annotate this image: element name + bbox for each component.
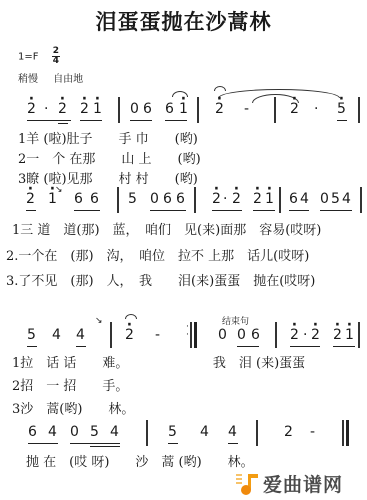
note: 2 bbox=[290, 101, 299, 117]
final-barline bbox=[194, 322, 197, 348]
note: 2 bbox=[26, 191, 35, 207]
note: 4 bbox=[228, 424, 237, 440]
lyric-line: 3沙 蒿(哟) 林。 bbox=[12, 398, 134, 417]
dash: - bbox=[244, 101, 249, 117]
note: 6 bbox=[165, 101, 174, 117]
underline bbox=[70, 443, 120, 444]
note: 2 bbox=[290, 327, 299, 343]
ending-label: 结束句 bbox=[222, 314, 249, 327]
note: 4 bbox=[200, 424, 209, 440]
note: 6 bbox=[74, 191, 83, 207]
note: 2 bbox=[232, 191, 241, 207]
underline bbox=[168, 443, 178, 444]
note: 6 bbox=[143, 101, 152, 117]
note: 5 bbox=[27, 327, 36, 343]
barline bbox=[194, 187, 196, 213]
note: 6 bbox=[289, 191, 298, 207]
note: 2 bbox=[253, 191, 262, 207]
arrow-icon: ↘ bbox=[95, 316, 103, 326]
underline bbox=[320, 210, 352, 211]
underline bbox=[80, 120, 102, 121]
arrow-icon: ↘ bbox=[55, 185, 63, 195]
note: 2 bbox=[311, 327, 320, 343]
tie-arc bbox=[172, 91, 188, 97]
note: 4 bbox=[76, 327, 85, 343]
note: 5 bbox=[128, 191, 137, 207]
note: 4 bbox=[110, 424, 119, 440]
time-bottom: 4 bbox=[53, 56, 59, 66]
lyric-line: 2一 个 在那 山 上 (哟) bbox=[18, 148, 201, 167]
barline bbox=[274, 97, 276, 123]
dash: - bbox=[310, 424, 315, 440]
underline bbox=[253, 210, 275, 211]
lyric-line: 1三 道 道(那) 蓝， 咱们 见(来)面那 容易(哎呀) bbox=[12, 219, 321, 238]
note: 2 bbox=[215, 101, 224, 117]
note: 0 bbox=[130, 101, 139, 117]
dot: · bbox=[44, 101, 48, 117]
key-signature: 1=F 2 4 bbox=[18, 47, 60, 66]
final-barline bbox=[346, 420, 349, 446]
note: 5 bbox=[337, 101, 346, 117]
underline bbox=[228, 443, 238, 444]
music-note-icon bbox=[234, 472, 260, 496]
fermata-icon bbox=[214, 86, 226, 91]
note: 0 bbox=[320, 191, 329, 207]
underline bbox=[237, 346, 259, 347]
barline bbox=[342, 420, 344, 446]
underline bbox=[290, 346, 320, 347]
underline bbox=[289, 210, 309, 211]
barline bbox=[190, 322, 192, 348]
fermata-icon bbox=[125, 314, 137, 319]
lyric-line: 2.一个在 (那) 沟， 咱位 拉不 上那 话儿(哎呀) bbox=[6, 245, 309, 264]
underline bbox=[150, 210, 186, 211]
barline bbox=[118, 97, 120, 123]
note: 2 bbox=[284, 424, 293, 440]
barline bbox=[279, 187, 281, 213]
underline bbox=[212, 210, 242, 211]
barline bbox=[256, 420, 258, 446]
underline bbox=[76, 346, 86, 347]
note: 2 bbox=[80, 101, 89, 117]
underline bbox=[74, 210, 100, 211]
barline bbox=[110, 322, 112, 348]
note: 2 bbox=[125, 327, 134, 343]
underline bbox=[130, 120, 152, 121]
repeat-dots: ·· bbox=[186, 323, 189, 339]
underline bbox=[337, 120, 347, 121]
underline bbox=[26, 210, 36, 211]
barline bbox=[197, 97, 199, 123]
style-label: 自由地 bbox=[53, 74, 83, 85]
lyric-line: 1羊 (啦)肚子 手 巾 (哟) bbox=[18, 128, 198, 147]
underline bbox=[165, 120, 187, 121]
note: 2 bbox=[333, 327, 342, 343]
song-title: 泪蛋蛋抛在沙蒿林 bbox=[0, 6, 367, 36]
barline bbox=[360, 187, 362, 213]
time-signature: 2 4 bbox=[52, 47, 60, 66]
note: 2 bbox=[58, 101, 67, 117]
note: 2 bbox=[212, 191, 221, 207]
underline bbox=[58, 123, 68, 124]
note: 1 bbox=[265, 191, 274, 207]
note: 5 bbox=[331, 191, 340, 207]
lyric-line: 2招 一 招 手。 bbox=[12, 375, 128, 394]
lyric-line: 1拉 话 话 难。 我 泪 (来)蛋蛋 bbox=[12, 352, 305, 371]
underline bbox=[28, 443, 58, 444]
note: 6 bbox=[251, 327, 260, 343]
note: 1 bbox=[345, 327, 354, 343]
lyric-line: 抛 在 (哎 呀) 沙 蒿 (哟) 林。 bbox=[26, 451, 254, 470]
barline bbox=[146, 420, 148, 446]
note: 1 bbox=[179, 101, 188, 117]
note: 0 bbox=[150, 191, 159, 207]
barline bbox=[117, 187, 119, 213]
tempo-label: 稍慢 bbox=[18, 74, 38, 85]
dot: · bbox=[314, 101, 318, 117]
note: 0 bbox=[237, 327, 246, 343]
note: 4 bbox=[48, 424, 57, 440]
dot: · bbox=[303, 327, 307, 343]
barline bbox=[358, 97, 360, 123]
barline bbox=[358, 322, 360, 348]
dot: · bbox=[223, 191, 227, 207]
dash: - bbox=[155, 327, 160, 343]
note: 1 bbox=[93, 101, 102, 117]
note: 0 bbox=[70, 424, 79, 440]
underline bbox=[333, 346, 355, 347]
tempo-marking: 稍慢 自由地 bbox=[18, 70, 83, 85]
lyric-line: 3.了不见 (那) 人， 我 泪(来)蛋蛋 抛在(哎呀) bbox=[6, 270, 315, 289]
note: 6 bbox=[176, 191, 185, 207]
note: 6 bbox=[90, 191, 99, 207]
lyric-line: 3瞭 (啦)见那 村 村 (哟) bbox=[18, 168, 198, 187]
note: 6 bbox=[28, 424, 37, 440]
note: 5 bbox=[90, 424, 99, 440]
note: 6 bbox=[163, 191, 172, 207]
note: 5 bbox=[168, 424, 177, 440]
note: 2 bbox=[27, 101, 36, 117]
underline bbox=[27, 346, 37, 347]
note: 4 bbox=[52, 327, 61, 343]
underline bbox=[90, 446, 120, 447]
key-label: 1=F bbox=[18, 52, 39, 63]
note: 4 bbox=[342, 191, 351, 207]
note: 4 bbox=[300, 191, 309, 207]
barline bbox=[275, 322, 277, 348]
watermark-logo: 爱曲谱网 bbox=[234, 470, 343, 497]
underline bbox=[27, 120, 71, 121]
watermark-text: 爱曲谱网 bbox=[263, 470, 343, 497]
note: 0 bbox=[218, 327, 227, 343]
